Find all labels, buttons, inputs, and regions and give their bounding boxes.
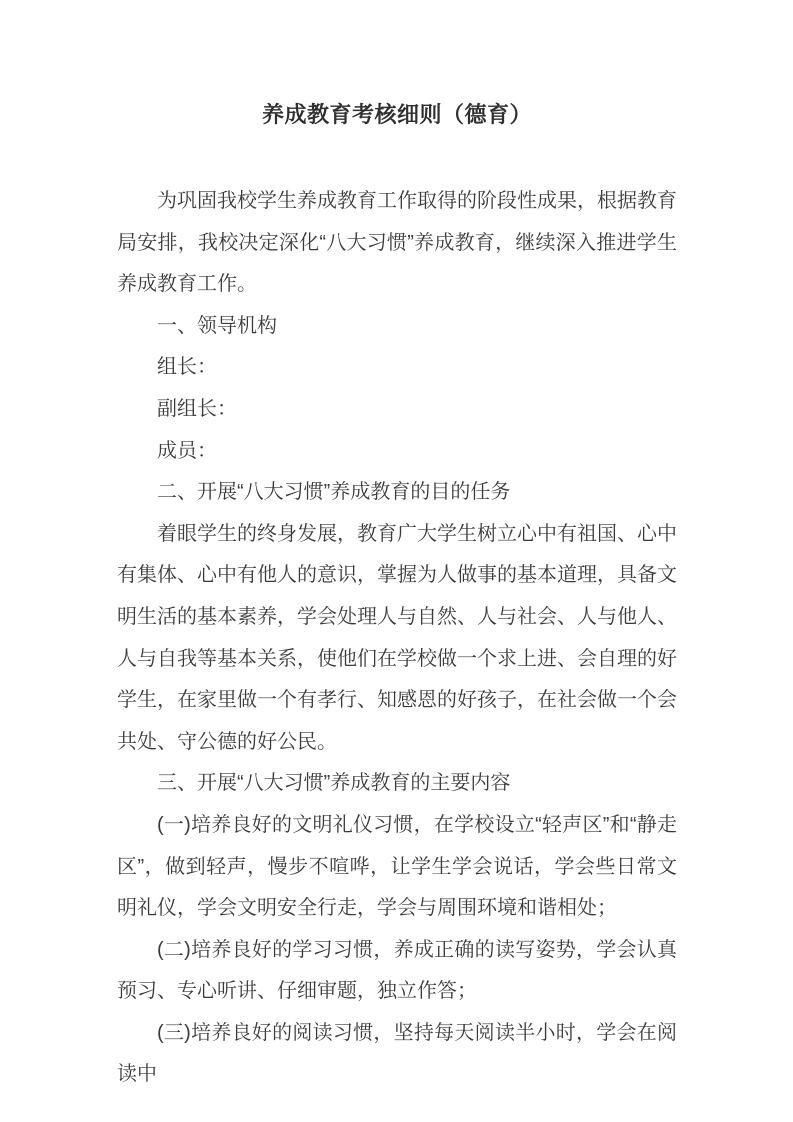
paragraph: 成员： (117, 431, 677, 473)
document-page: 养成教育考核细则（德育） 为巩固我校学生养成教育工作取得的阶段性成果，根据教育局… (0, 0, 793, 1122)
paragraph: (三)培养良好的阅读习惯，坚持每天阅读半小时，学会在阅读中 (117, 1013, 677, 1096)
paragraph: 三、开展“八大习惯”养成教育的主要内容 (117, 763, 677, 805)
paragraph: 二、开展“八大习惯”养成教育的目的任务 (117, 472, 677, 514)
document-content: 养成教育考核细则（德育） 为巩固我校学生养成教育工作取得的阶段性成果，根据教育局… (0, 0, 793, 1096)
document-title: 养成教育考核细则（德育） (117, 94, 677, 136)
document-body: 为巩固我校学生养成教育工作取得的阶段性成果，根据教育局安排，我校决定深化“八大习… (117, 181, 677, 1096)
paragraph: 着眼学生的终身发展，教育广大学生树立心中有祖国、心中有集体、心中有他人的意识，掌… (117, 514, 677, 764)
paragraph: (一)培养良好的文明礼仪习惯，在学校设立“轻声区”和“静走区”，做到轻声，慢步不… (117, 805, 677, 930)
paragraph: 一、领导机构 (117, 306, 677, 348)
paragraph: 为巩固我校学生养成教育工作取得的阶段性成果，根据教育局安排，我校决定深化“八大习… (117, 181, 677, 306)
paragraph: 副组长： (117, 389, 677, 431)
paragraph: (二)培养良好的学习习惯，养成正确的读写姿势，学会认真预习、专心听讲、仔细审题，… (117, 930, 677, 1013)
paragraph: 组长： (117, 347, 677, 389)
